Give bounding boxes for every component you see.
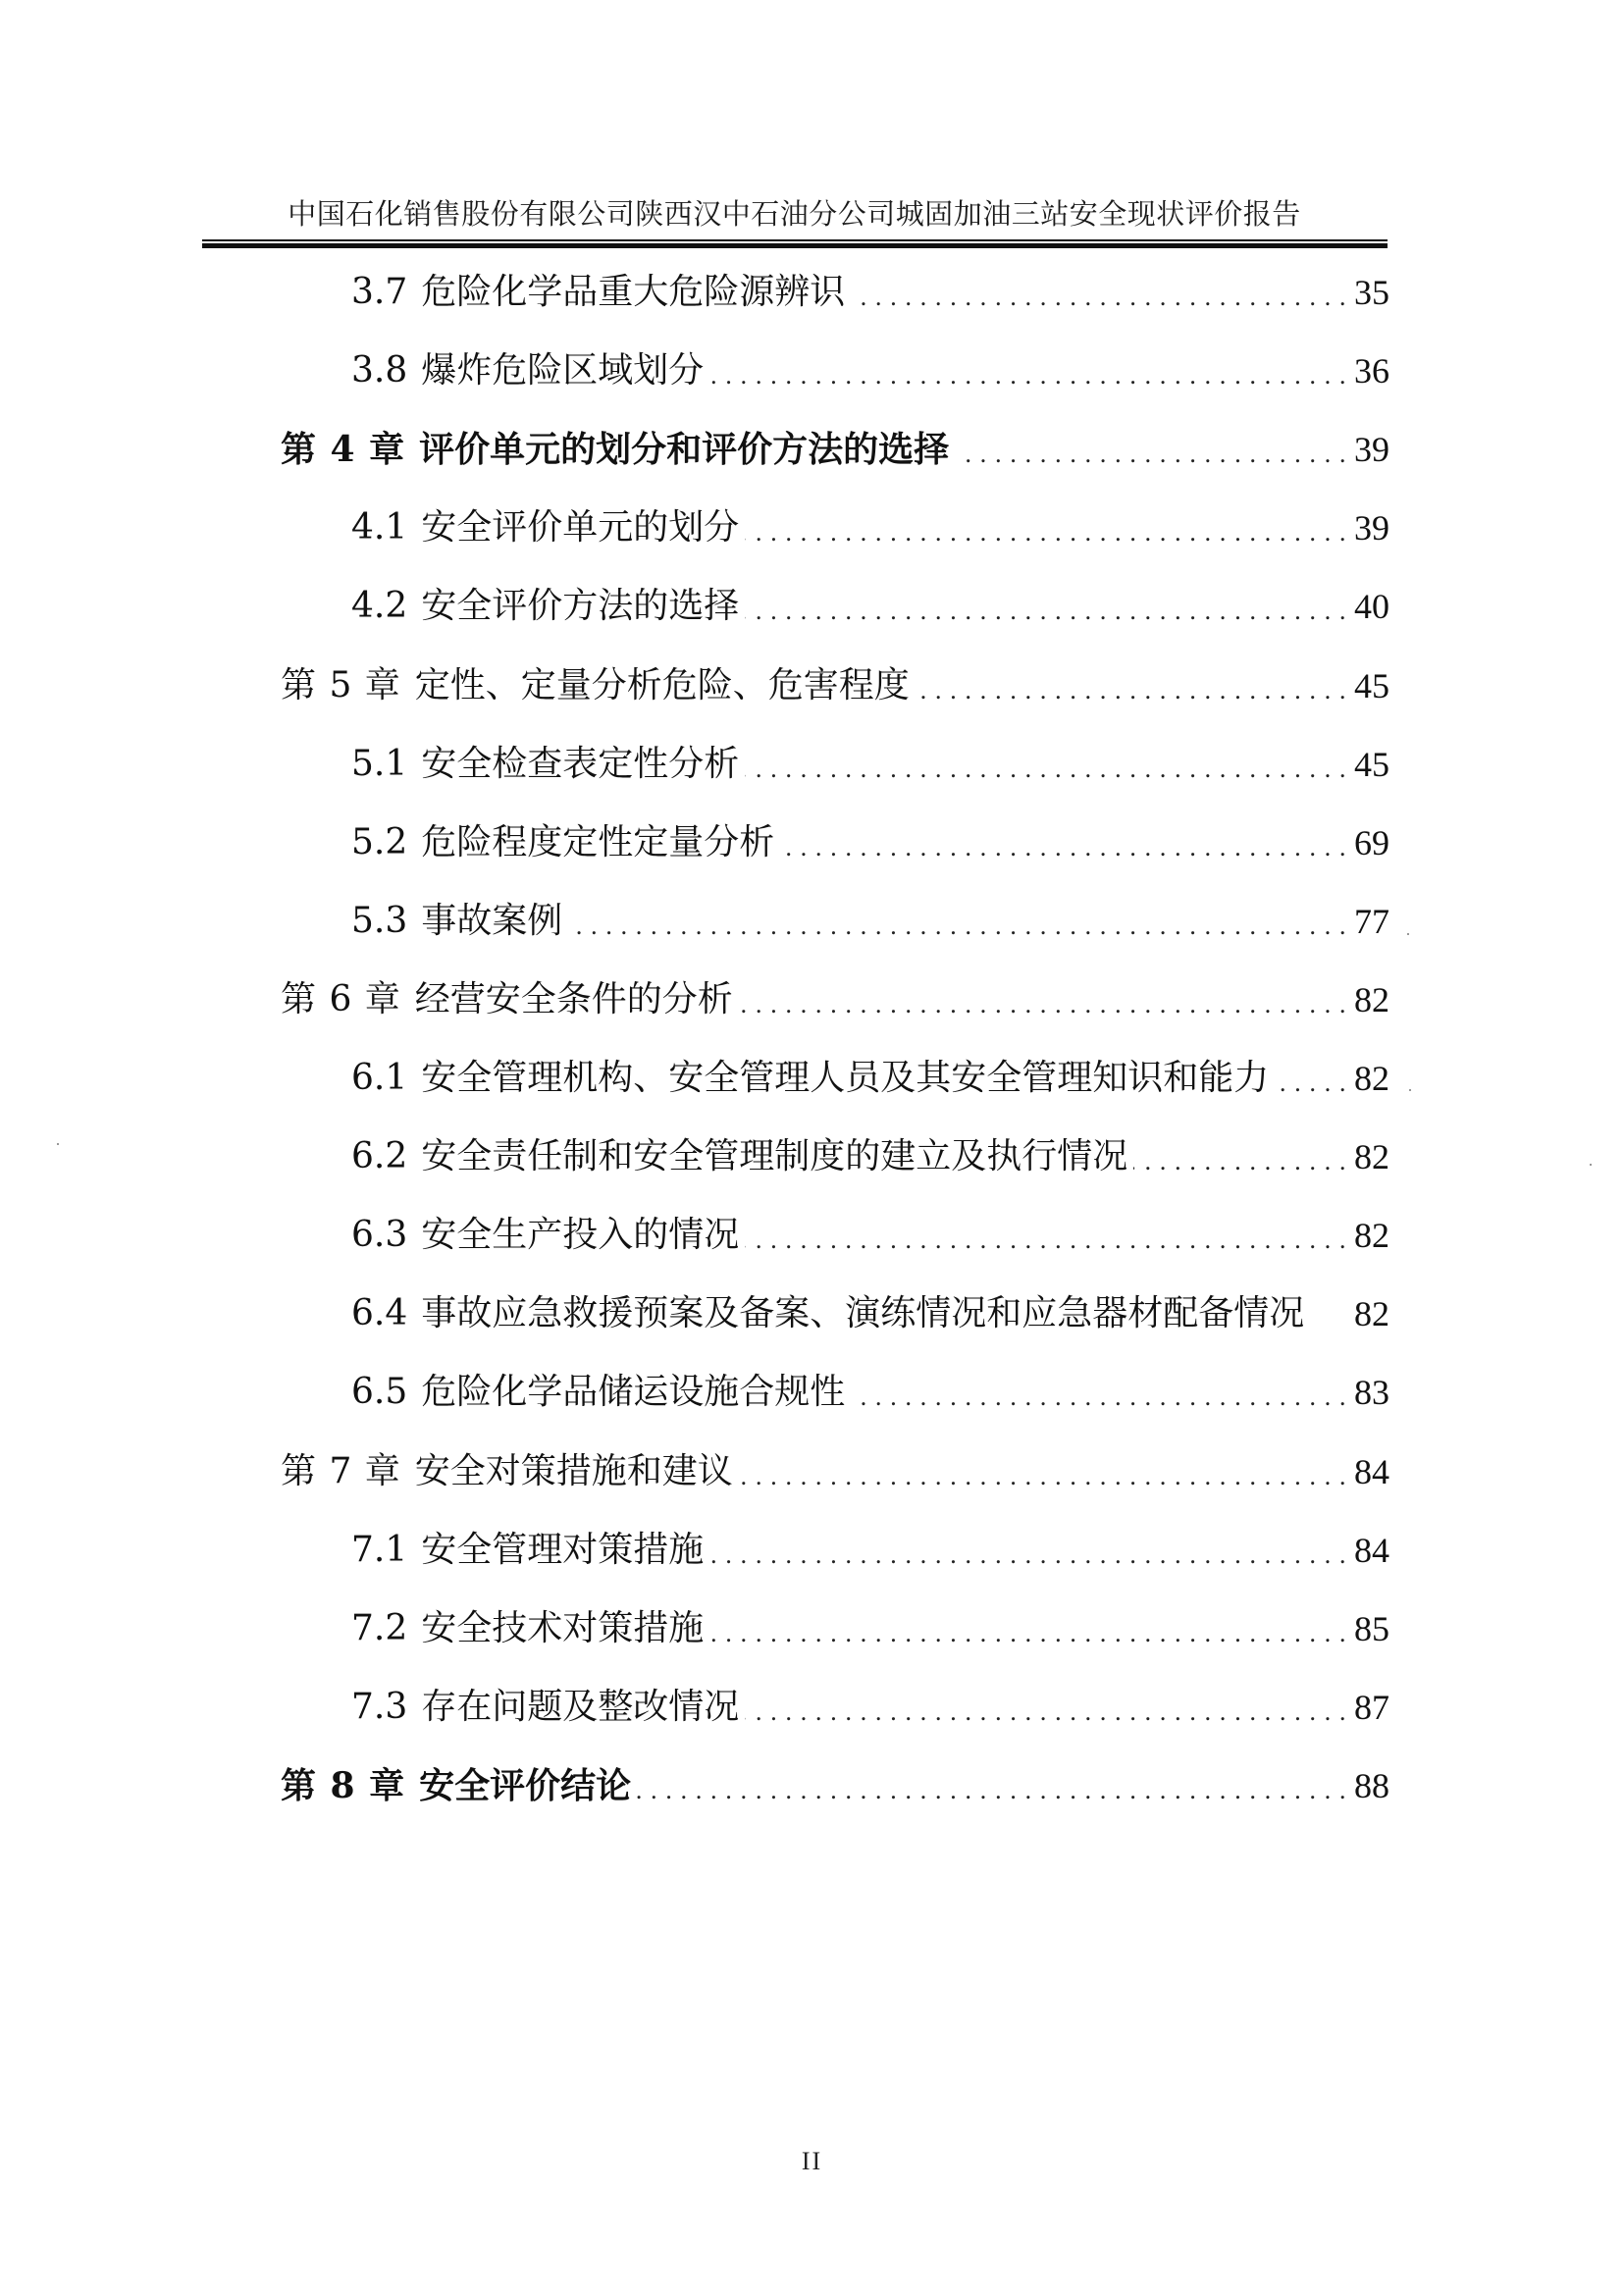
toc-entry-title: 评价单元的划分和评价方法的选择 [419,425,949,474]
toc-entry-title: 安全对策措施和建议 [415,1447,733,1496]
toc-entry-title: 事故应急救援预案及备案、演练情况和应急器材配备情况 [421,1289,1304,1338]
toc-entry-page: 82 [1350,975,1389,1024]
toc-dot-leader [851,1368,1346,1417]
toc-entry-title: 危险化学品储运设施合规性 [421,1368,845,1417]
toc-entry-page: 84 [1350,1526,1389,1575]
toc-entry-section[interactable]: 6.1安全管理机构、安全管理人员及其安全管理知识和能力82 [351,1054,1389,1103]
toc-entry-page: 82 [1350,1289,1389,1338]
toc-entry-title: 安全评价单元的划分 [421,503,739,552]
toc-entry-chapter[interactable]: 第 7 章安全对策措施和建议84 [281,1447,1389,1496]
toc-entry-section[interactable]: 7.2安全技术对策措施85 [351,1604,1389,1653]
toc-dot-leader [1133,1132,1346,1181]
toc-entry-page: 82 [1350,1054,1389,1103]
page-number: II [0,2147,1624,2176]
toc-entry-number: 第 7 章 [281,1447,401,1496]
toc-entry-title: 危险程度定性定量分析 [421,818,774,867]
toc-entry-title: 安全评价方法的选择 [421,582,739,631]
toc-entry-page: 85 [1350,1604,1389,1653]
toc-entry-page: 69 [1350,818,1389,867]
scan-speck [1407,933,1409,935]
toc-entry-section[interactable]: 6.4事故应急救援预案及备案、演练情况和应急器材配备情况82 [351,1289,1389,1338]
toc-dot-leader [709,1604,1346,1653]
toc-entry-page: 36 [1350,346,1389,395]
toc-dot-leader [780,818,1346,867]
toc-entry-section[interactable]: 3.7危险化学品重大危险源辨识35 [351,268,1389,317]
toc-entry-number: 5.3 [351,897,407,946]
toc-entry-page: 35 [1350,268,1389,317]
toc-dot-leader [745,1683,1346,1732]
toc-entry-number: 4.1 [351,503,407,552]
toc-entry-number: 5.2 [351,818,407,867]
toc-entry-chapter[interactable]: 第 4 章评价单元的划分和评价方法的选择39 [281,425,1389,474]
scan-speck [1409,1089,1411,1091]
toc-entry-page: 82 [1350,1211,1389,1260]
toc-entry-title: 安全检查表定性分析 [421,740,739,789]
toc-entry-chapter[interactable]: 第 5 章定性、定量分析危险、危害程度45 [281,661,1389,710]
toc-dot-leader [709,1526,1346,1575]
toc-entry-number: 6.2 [351,1132,407,1181]
toc-dot-leader [739,1447,1346,1496]
toc-entry-section[interactable]: 5.1安全检查表定性分析45 [351,740,1389,789]
toc-entry-page: 88 [1350,1761,1389,1810]
header-double-rule [202,239,1388,249]
header-rule-thin [202,239,1388,241]
toc-entry-number: 3.8 [351,346,407,395]
toc-entry-title: 危险化学品重大危险源辨识 [421,268,845,317]
toc-entry-section[interactable]: 5.2危险程度定性定量分析69 [351,818,1389,867]
toc-dot-leader [955,425,1346,474]
toc-entry-section[interactable]: 4.1安全评价单元的划分39 [351,503,1389,552]
toc-entry-chapter[interactable]: 第 8 章安全评价结论88 [281,1761,1389,1810]
toc-entry-number: 7.3 [351,1683,407,1732]
toc-entry-title: 安全技术对策措施 [421,1604,704,1653]
scan-speck [1590,1164,1592,1166]
toc-entry-page: 39 [1350,425,1389,474]
scan-speck [57,1143,59,1145]
toc-dot-leader [745,1211,1346,1260]
toc-dot-leader [745,503,1346,552]
toc-entry-section[interactable]: 4.2安全评价方法的选择40 [351,582,1389,631]
toc-entry-number: 4.2 [351,582,407,631]
toc-entry-title: 经营安全条件的分析 [415,975,733,1024]
toc-dot-leader [916,661,1346,710]
toc-entry-number: 第 5 章 [281,661,401,710]
toc-entry-number: 7.1 [351,1526,407,1575]
toc-dot-leader [1275,1054,1346,1103]
toc-entry-section[interactable]: 3.8爆炸危险区域划分36 [351,346,1389,395]
toc-entry-section[interactable]: 6.2安全责任制和安全管理制度的建立及执行情况82 [351,1132,1389,1181]
toc-entry-number: 7.2 [351,1604,407,1653]
toc-dot-leader [568,897,1346,946]
toc-entry-page: 83 [1350,1368,1389,1417]
toc-entry-page: 84 [1350,1447,1389,1496]
toc-entry-number: 5.1 [351,740,407,789]
toc-entry-number: 3.7 [351,268,407,317]
toc-entry-title: 安全生产投入的情况 [421,1211,739,1260]
toc-entry-title: 安全责任制和安全管理制度的建立及执行情况 [421,1132,1127,1181]
toc-entry-number: 第 6 章 [281,975,401,1024]
toc-entry-page: 45 [1350,740,1389,789]
toc-entry-title: 安全评价结论 [419,1761,631,1810]
toc-dot-leader [637,1761,1346,1810]
toc-dot-leader [709,346,1346,395]
toc-dot-leader [745,740,1346,789]
toc-entry-title: 安全管理机构、安全管理人员及其安全管理知识和能力 [421,1054,1269,1103]
running-header-title: 中国石化销售股份有限公司陕西汉中石油分公司城固加油三站安全现状评价报告 [202,192,1387,233]
toc-entry-page: 39 [1350,503,1389,552]
toc-entry-number: 6.5 [351,1368,407,1417]
toc-entry-number: 6.3 [351,1211,407,1260]
toc-entry-title: 定性、定量分析危险、危害程度 [415,661,910,710]
toc-entry-page: 82 [1350,1132,1389,1181]
toc-entry-section[interactable]: 6.3安全生产投入的情况82 [351,1211,1389,1260]
toc-entry-section[interactable]: 7.1安全管理对策措施84 [351,1526,1389,1575]
toc-entry-number: 第 8 章 [281,1761,405,1810]
toc-entry-title: 事故案例 [421,897,562,946]
toc-entry-page: 77 [1350,897,1389,946]
toc-entry-section[interactable]: 7.3存在问题及整改情况87 [351,1683,1389,1732]
header-rule-thick [202,243,1388,248]
toc-entry-number: 6.4 [351,1289,407,1338]
toc-entry-page: 87 [1350,1683,1389,1732]
toc-entry-title: 存在问题及整改情况 [421,1683,739,1732]
toc-entry-section[interactable]: 6.5危险化学品储运设施合规性83 [351,1368,1389,1417]
toc-entry-number: 第 4 章 [281,425,405,474]
toc-dot-leader [745,582,1346,631]
toc-dot-leader [851,268,1346,317]
toc-entry-title: 爆炸危险区域划分 [421,346,704,395]
toc-entry-chapter[interactable]: 第 6 章经营安全条件的分析82 [281,975,1389,1024]
toc-entry-section[interactable]: 5.3事故案例77 [351,897,1389,946]
toc-entry-page: 45 [1350,661,1389,710]
toc-entry-page: 40 [1350,582,1389,631]
toc-entry-number: 6.1 [351,1054,407,1103]
toc-dot-leader [739,975,1346,1024]
toc-entry-title: 安全管理对策措施 [421,1526,704,1575]
